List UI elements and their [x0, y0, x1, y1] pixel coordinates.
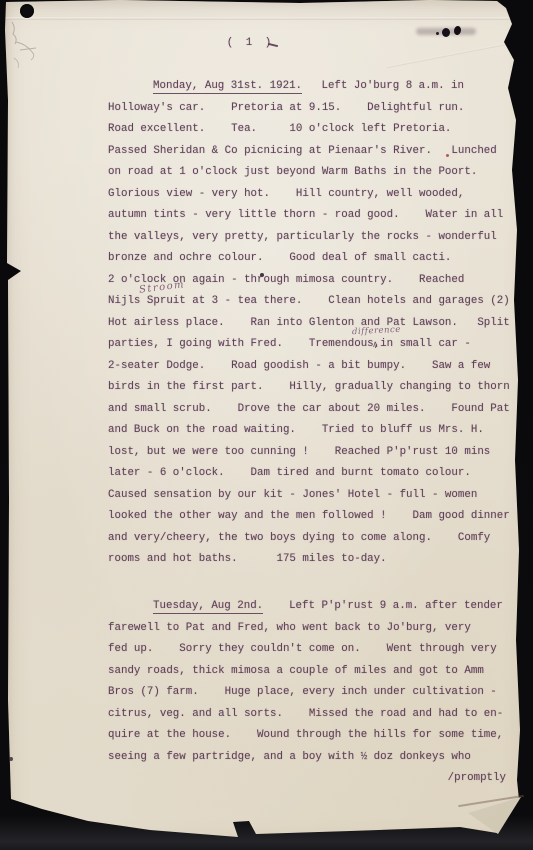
typed-line: citrus, veg. and all sorts. Missed the r…: [0, 704, 533, 726]
document-page: ( 1 )Monday, Aug 31st. 1921. Left Jo'bur…: [0, 0, 533, 850]
typed-line: Caused sensation by our kit - Jones' Hot…: [0, 485, 533, 507]
typed-line: Passed Sheridan & Co picnicing at Pienaa…: [0, 141, 533, 163]
typed-line: lost, but we were too cunning ! Reached …: [0, 442, 533, 464]
typed-line: autumn tints - very little thorn - road …: [0, 205, 533, 227]
date-heading: Monday, Aug 31st. 1921.: [153, 80, 302, 94]
typed-line: looked the other way and the men followe…: [0, 506, 533, 528]
typed-line: Bros (7) farm. Huge place, every inch un…: [0, 682, 533, 704]
typed-line: quire at the house. Wound through the hi…: [0, 725, 533, 747]
typed-segment: /promptly: [448, 772, 506, 784]
typed-line: bronze and ochre colour. Good deal of sm…: [0, 248, 533, 270]
typed-line: ( 1 ): [0, 33, 517, 55]
typed-line: [0, 571, 533, 593]
typed-line: Holloway's car. Pretoria at 9.15. Deligh…: [0, 98, 533, 120]
typed-line: Tuesday, Aug 2nd. Left P'p'rust 9 a.m. a…: [0, 596, 533, 618]
typed-line: Hot airless place. Ran into Glenton and …: [0, 313, 533, 335]
scan-background: ( 1 )Monday, Aug 31st. 1921. Left Jo'bur…: [0, 0, 533, 850]
typed-line: 2 o'clock on again - through mimosa coun…: [0, 270, 533, 292]
typed-line: /promptly: [0, 768, 533, 790]
typed-line: seeing a few partridge, and a boy with ½…: [0, 747, 533, 769]
typed-line: fed up. Sorry they couldn't come on. Wen…: [0, 639, 533, 661]
typed-line: 2-seater Dodge. Road goodish - a bit bum…: [0, 356, 533, 378]
typed-line: birds in the first part. Hilly, graduall…: [0, 377, 533, 399]
typed-line: the valleys, very pretty, particularly t…: [0, 227, 533, 249]
typed-line: Nijls Spruit at 3 - tea there. Clean hot…: [0, 291, 533, 313]
typed-line: and very/cheery, the two boys dying to c…: [0, 528, 533, 550]
typed-segment: Left Jo'burg 8 a.m. in: [302, 80, 464, 92]
typed-segment: ( 1 ): [227, 37, 274, 49]
typed-text: ( 1 )Monday, Aug 31st. 1921. Left Jo'bur…: [0, 33, 533, 790]
horizontal-crease: [0, 17, 533, 20]
typed-line: on road at 1 o'clock just beyond Warm Ba…: [0, 162, 533, 184]
typed-line: farewell to Pat and Fred, who went back …: [0, 618, 533, 640]
typed-line: parties, I going with Fred. Tremendous,i…: [0, 334, 533, 356]
typed-line: rooms and hot baths. 175 miles to-day.: [0, 549, 533, 571]
typed-line: Glorious view - very hot. Hill country, …: [0, 184, 533, 206]
typed-segment: Left P'p'rust 9 a.m. after tender: [263, 600, 503, 612]
typed-line: later - 6 o'clock. Dam tired and burnt t…: [0, 463, 533, 485]
typed-line: [0, 55, 533, 77]
typed-line: Road excellent. Tea. 10 o'clock left Pre…: [0, 119, 533, 141]
typed-line: Monday, Aug 31st. 1921. Left Jo'burg 8 a…: [0, 76, 533, 98]
typed-line: and Buck on the road waiting. Tried to b…: [0, 420, 533, 442]
typed-line: sandy roads, thick mimosa a couple of mi…: [0, 661, 533, 683]
date-heading: Tuesday, Aug 2nd.: [153, 600, 263, 614]
typed-line: and small scrub. Drove the car about 20 …: [0, 399, 533, 421]
